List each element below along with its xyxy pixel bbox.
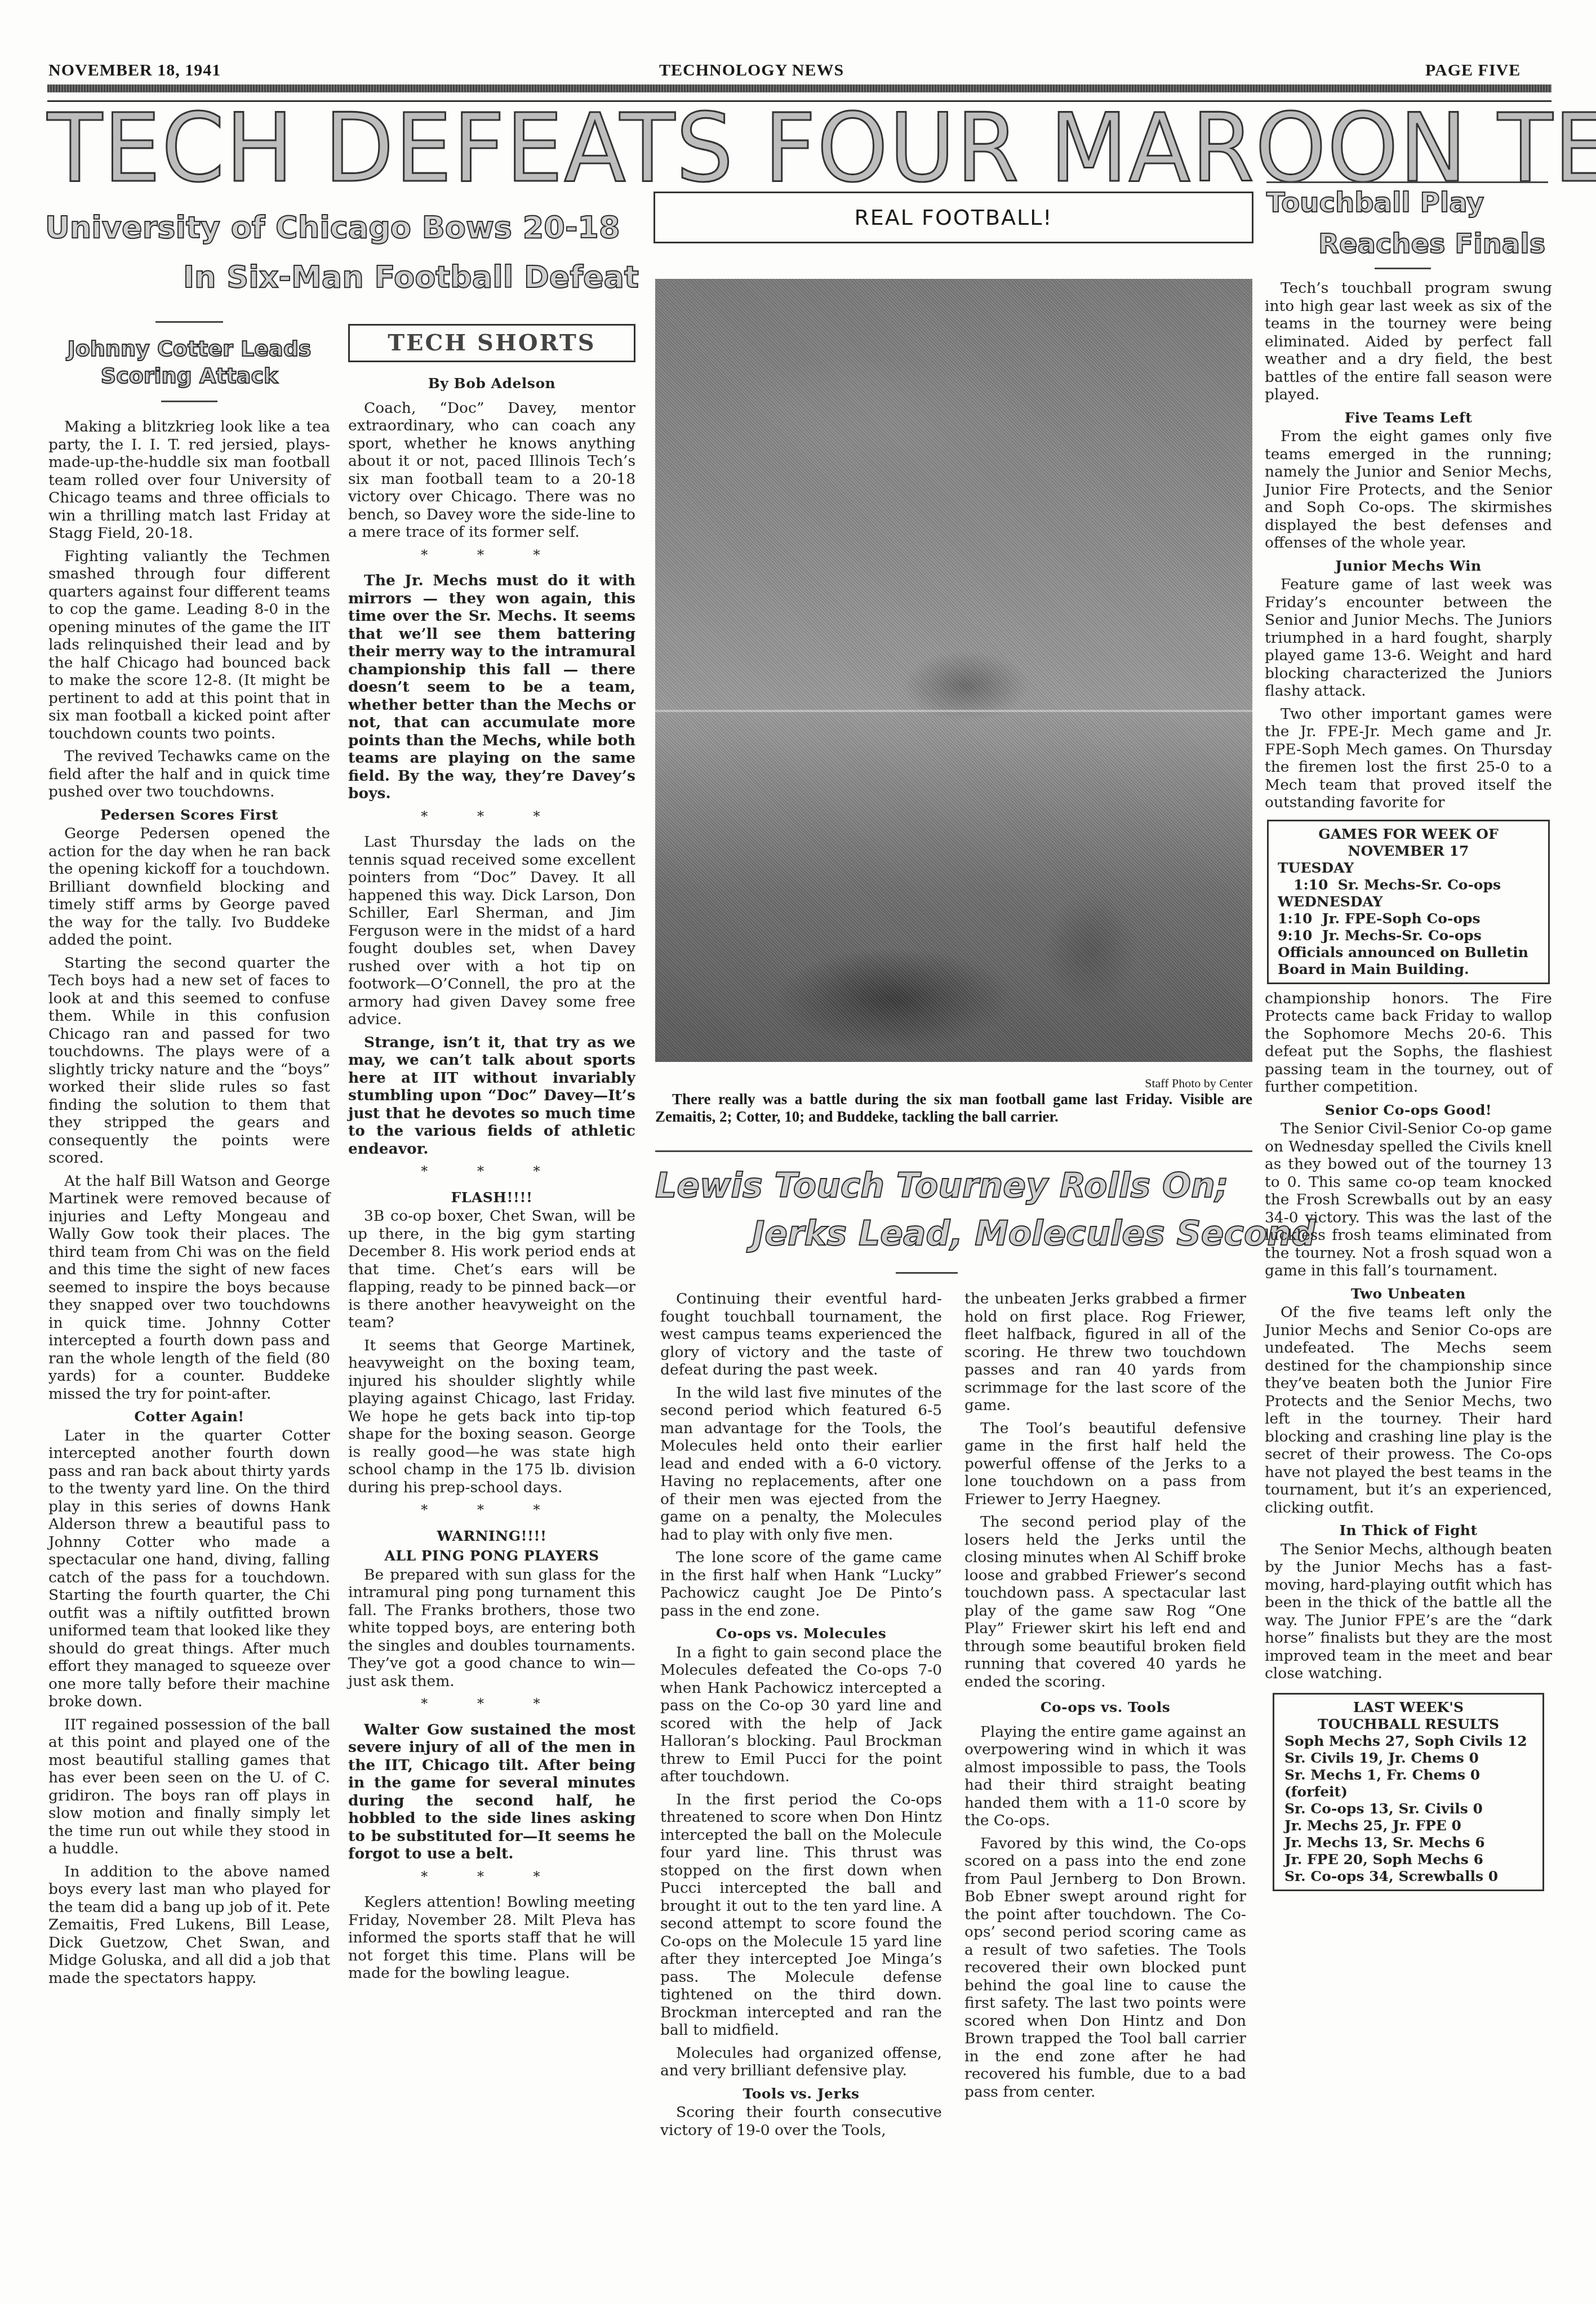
section-heading: FLASH!!!! (348, 1189, 635, 1207)
paragraph: Tech’s touchball program swung into high… (1265, 279, 1552, 404)
paragraph: The Senior Mechs, although beaten by the… (1265, 1541, 1552, 1683)
lead-story-column: Johnny Cotter Leads Scoring Attack Makin… (48, 321, 330, 1992)
section-heading: Junior Mechs Win (1265, 557, 1552, 575)
result-row: Sr. Co-ops 13, Sr. Civils 0 (1284, 1800, 1532, 1817)
section-heading: Tools vs. Jerks (660, 2085, 942, 2103)
paragraph: Two other important games were the Jr. F… (1265, 705, 1552, 812)
touchball-column: Tech’s touchball program swung into high… (1265, 279, 1552, 1891)
photo-caption: There really was a battle during the six… (655, 1091, 1252, 1126)
paragraph: Starting the second quarter the Tech boy… (48, 954, 330, 1167)
banner-headline: TECH DEFEATS FOUR MAROON TEAMS (47, 107, 1557, 190)
schedule-day: TUESDAY (1278, 860, 1539, 877)
schedule-day: WEDNESDAY (1278, 893, 1539, 910)
schedule-game: 1:10 Sr. Mechs-Sr. Co-ops (1278, 877, 1539, 893)
divider (655, 1150, 1252, 1152)
lead-headline-line1: University of Chicago Bows 20-18 (45, 210, 620, 246)
divider (1266, 181, 1548, 183)
separator: * * * (348, 808, 635, 826)
section-heading: WARNING!!!! (348, 1527, 635, 1545)
paragraph: Favored by this wind, the Co-ops scored … (964, 1835, 1246, 2101)
paragraph: Molecules had organized offense, and ver… (660, 2044, 942, 2080)
masthead-rule (47, 85, 1551, 92)
issue-date: NOVEMBER 18, 1941 (48, 61, 221, 80)
section-heading: Cotter Again! (48, 1408, 330, 1426)
tech-shorts-column: TECH SHORTS By Bob Adelson Coach, “Doc” … (348, 324, 635, 1988)
paragraph: The Tool’s beautiful defensive game in t… (964, 1420, 1246, 1509)
section-heading: Five Teams Left (1265, 409, 1552, 427)
divider (896, 1272, 958, 1274)
photo-caption-block: Staff Photo by Center There really was a… (655, 1076, 1252, 1126)
touchball-headline-line2: Reaches Finals (1318, 228, 1545, 260)
result-row: Sr. Co-ops 34, Screwballs 0 (1284, 1868, 1532, 1885)
section-heading: Senior Co-ops Good! (1265, 1101, 1552, 1119)
paragraph: In the wild last five minutes of the sec… (660, 1384, 942, 1544)
paragraph: In addition to the above named boys ever… (48, 1863, 330, 1988)
section-heading: In Thick of Fight (1265, 1522, 1552, 1540)
paragraph: IIT regained possession of the ball at t… (48, 1716, 330, 1858)
paragraph: Coach, “Doc” Davey, mentor extraordinary… (348, 399, 635, 541)
byline: By Bob Adelson (348, 375, 635, 393)
photo-credit: Staff Photo by Center (655, 1076, 1252, 1091)
paragraph: Playing the entire game against an overp… (964, 1723, 1246, 1830)
lewis-column-1: Continuing their eventful hard-fought to… (660, 1290, 942, 2144)
paragraph: George Pedersen opened the action for th… (48, 825, 330, 949)
separator: * * * (348, 1163, 635, 1181)
paper-name: TECHNOLOGY NEWS (659, 61, 844, 80)
separator: * * * (348, 546, 635, 564)
paragraph: Making a blitzkrieg look like a tea part… (48, 418, 330, 543)
section-heading: ALL PING PONG PLAYERS (348, 1547, 635, 1565)
section-heading: Two Unbeaten (1265, 1285, 1552, 1303)
result-row: Jr. Mechs 25, Jr. FPE 0 (1284, 1817, 1532, 1834)
lewis-headline-line2: Jerks Lead, Molecules Second (752, 1214, 1315, 1253)
lewis-headline-line1: Lewis Touch Tourney Rolls On; (655, 1166, 1229, 1206)
schedule-game: 9:10 Jr. Mechs-Sr. Co-ops (1278, 927, 1539, 944)
paragraph: The revived Techawks came on the field a… (48, 748, 330, 801)
result-row: Sr. Mechs 1, Fr. Chems 0 (forfeit) (1284, 1767, 1532, 1800)
divider (161, 401, 217, 402)
paragraph: At the half Bill Watson and George Marti… (48, 1172, 330, 1403)
tech-shorts-title-box: TECH SHORTS (348, 324, 635, 362)
paragraph: Keglers attention! Bowling meeting Frida… (348, 1893, 635, 1982)
schedule-note: Officials announced on Bulletin Board in… (1278, 944, 1539, 978)
paragraph: the unbeaten Jerks grabbed a firmer hold… (964, 1290, 1246, 1415)
paragraph: In a fight to gain second place the Mole… (660, 1644, 942, 1786)
paragraph: The Senior Civil-Senior Co-op game on We… (1265, 1120, 1552, 1280)
paragraph: In the first period the Co-ops threatene… (660, 1791, 942, 2039)
lewis-column-2: the unbeaten Jerks grabbed a firmer hold… (964, 1290, 1246, 2106)
results-box: LAST WEEK'S TOUCHBALL RESULTS Soph Mechs… (1273, 1693, 1544, 1891)
paragraph: From the eight games only five teams eme… (1265, 428, 1552, 552)
paragraph: Of the five teams left only the Junior M… (1265, 1304, 1552, 1517)
paragraph: Feature game of last week was Friday’s e… (1265, 576, 1552, 700)
paragraph: Be prepared with sun glass for the intra… (348, 1566, 635, 1691)
paragraph: It seems that George Martinek, heavyweig… (348, 1337, 635, 1497)
paragraph: Later in the quarter Cotter intercepted … (48, 1427, 330, 1711)
separator: * * * (348, 1501, 635, 1519)
paragraph: Scoring their fourth consecutive victory… (660, 2104, 942, 2139)
photo-title-box: REAL FOOTBALL! (653, 192, 1253, 243)
section-heading: Co-ops vs. Molecules (660, 1625, 942, 1643)
section-heading: Co-ops vs. Tools (964, 1699, 1246, 1717)
schedule-game: 1:10 Jr. FPE-Soph Co-ops (1278, 910, 1539, 927)
paragraph: Walter Gow sustained the most severe inj… (348, 1721, 635, 1863)
paragraph: Continuing their eventful hard-fought to… (660, 1290, 942, 1379)
result-row: Jr. Mechs 13, Sr. Mechs 6 (1284, 1834, 1532, 1851)
separator: * * * (348, 1868, 635, 1886)
lead-subhead: Johnny Cotter Leads Scoring Attack (48, 335, 330, 389)
page-number: PAGE FIVE (1425, 61, 1521, 80)
divider (1375, 268, 1431, 269)
football-photo (655, 279, 1252, 1062)
touchball-headline-line1: Touchball Play (1266, 187, 1484, 219)
lead-headline-line2: In Six-Man Football Defeat (183, 259, 639, 295)
paragraph: The second period play of the losers hel… (964, 1513, 1246, 1691)
paragraph: The Jr. Mechs must do it with mirrors — … (348, 572, 635, 803)
paragraph: Last Thursday the lads on the tennis squ… (348, 833, 635, 1029)
paragraph: Strange, isn’t it, that try as we may, w… (348, 1034, 635, 1158)
divider (155, 321, 223, 323)
paragraph: championship honors. The Fire Protects c… (1265, 990, 1552, 1096)
section-heading: Pedersen Scores First (48, 806, 330, 824)
paragraph: Fighting valiantly the Techmen smashed t… (48, 548, 330, 743)
separator: * * * (348, 1695, 635, 1713)
paragraph: 3B co-op boxer, Chet Swan, will be up th… (348, 1207, 635, 1332)
paragraph: The lone score of the game came in the f… (660, 1549, 942, 1620)
result-row: Sr. Civils 19, Jr. Chems 0 (1284, 1750, 1532, 1767)
result-row: Soph Mechs 27, Soph Civils 12 (1284, 1733, 1532, 1750)
result-row: Jr. FPE 20, Soph Mechs 6 (1284, 1851, 1532, 1868)
schedule-box: GAMES FOR WEEK OF NOVEMBER 17 TUESDAY 1:… (1267, 820, 1550, 984)
